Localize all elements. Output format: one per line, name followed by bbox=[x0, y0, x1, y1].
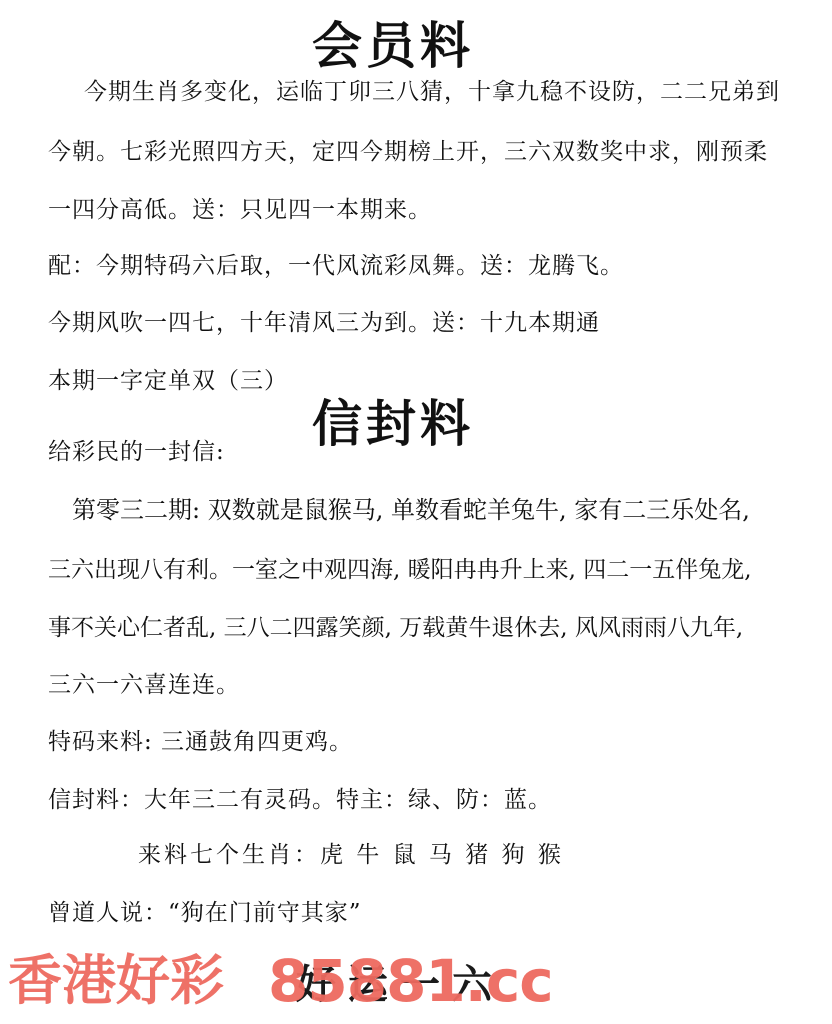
text-line: 曾道人说：“狗在门前守其家” bbox=[48, 899, 362, 927]
greeting-line: 给彩民的一封信: bbox=[48, 438, 225, 466]
section-title-envelope: 信封料 bbox=[312, 396, 474, 452]
watermark-brand: 香港好彩 bbox=[8, 948, 224, 1014]
text-line: 事不关心仁者乱, 三八二四露笑颜, 万载黄牛退休去, 风风雨雨八九年, bbox=[48, 614, 743, 642]
text-line: 本期一字定单双（三） bbox=[48, 367, 288, 395]
section-title-member: 会员料 bbox=[312, 18, 474, 74]
text-line: 特码来料: 三通鼓角四更鸡。 bbox=[48, 728, 353, 756]
text-line: 三六一六喜连连。 bbox=[48, 671, 240, 699]
text-line: 今朝。七彩光照四方天，定四今期榜上开，三六双数奖中求，刚预柔 bbox=[48, 138, 768, 166]
text-line: 配：今期特码六后取，一代风流彩凤舞。送：龙腾飞。 bbox=[48, 252, 624, 280]
text-line: 今期风吹一四七，十年清风三为到。送：十九本期通 bbox=[48, 309, 600, 337]
text-line: 来料七个生肖：虎 牛 鼠 马 猪 狗 猴 bbox=[138, 841, 564, 869]
text-line: 信封料：大年三二有灵码。特主：绿、防：蓝。 bbox=[48, 786, 552, 814]
watermark-url: 85881.cc bbox=[268, 948, 553, 1014]
text-line: 一四分高低。送：只见四一本期来。 bbox=[48, 196, 432, 224]
text-line: 三六出现八有利。一室之中观四海, 暖阳冉冉升上来, 四二一五伴兔龙, bbox=[48, 556, 752, 584]
text-line: 第零三二期: 双数就是鼠猴马, 单数看蛇羊兔牛, 家有二三乐处名, bbox=[72, 496, 750, 524]
text-line: 今期生肖多变化，运临丁卯三八猜，十拿九稳不设防，二二兄弟到 bbox=[84, 78, 780, 106]
